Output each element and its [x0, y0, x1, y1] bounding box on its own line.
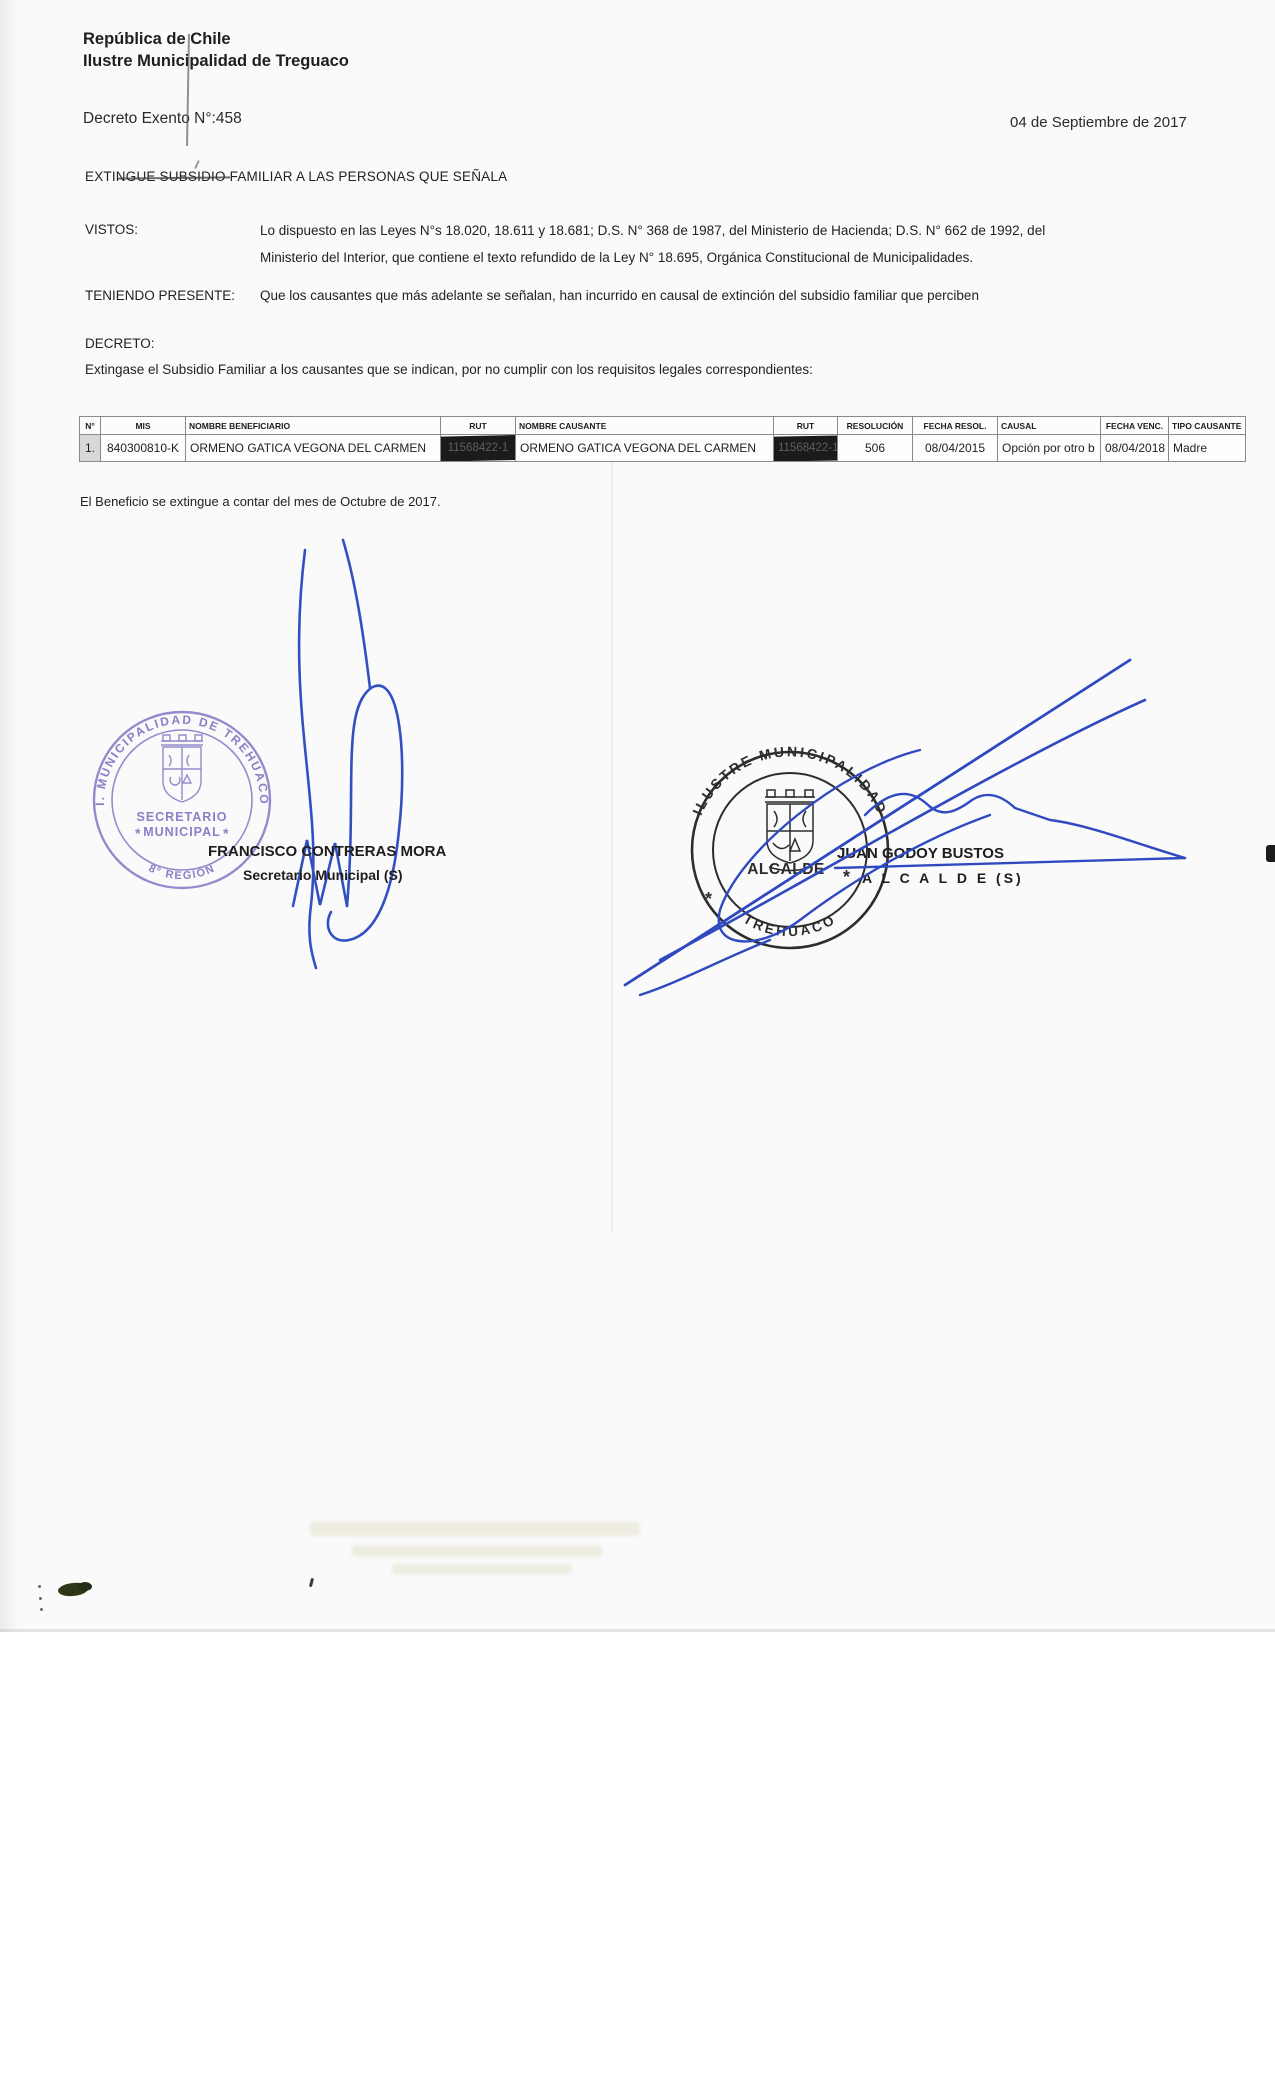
signatory-title-left: Secretario Municipal (S): [243, 867, 402, 883]
cell-rut-beneficiario: 11568422-1: [441, 435, 516, 462]
cell-num: 1.: [80, 435, 101, 462]
col-header-fecha-resol: FECHA RESOL.: [913, 417, 998, 435]
scanned-decree-page: República de Chile Ilustre Municipalidad…: [0, 0, 1275, 2100]
vistos-paragraph: Lo dispuesto en las Leyes N°s 18.020, 18…: [260, 217, 1045, 271]
alcalde-signature-icon: [590, 620, 1190, 1020]
col-header-beneficiario: NOMBRE BENEFICIARIO: [186, 417, 441, 435]
bleed-through-mark: [352, 1545, 602, 1557]
ink-blob-mark: [78, 1582, 92, 1591]
vistos-line2: Ministerio del Interior, que contiene el…: [260, 244, 1045, 271]
teniendo-label: TENIENDO PRESENTE:: [85, 288, 235, 303]
col-header-causante: NOMBRE CAUSANTE: [516, 417, 774, 435]
table-row: 1. 840300810-K ORMENO GATICA VEGONA DEL …: [80, 435, 1246, 462]
decreto-label: DECRETO:: [85, 336, 155, 351]
scanned-paper-area: República de Chile Ilustre Municipalidad…: [0, 0, 1275, 1632]
col-header-tipo: TIPO CAUSANTE: [1169, 417, 1246, 435]
org-header: República de Chile Ilustre Municipalidad…: [83, 28, 349, 72]
table-wrapper: N° MIS NOMBRE BENEFICIARIO RUT NOMBRE CA…: [79, 416, 1246, 462]
scan-bottom-edge: [0, 1629, 1275, 1632]
col-header-rut2: RUT: [774, 417, 838, 435]
teniendo-text: Que los causantes que más adelante se se…: [260, 288, 979, 303]
rut-partial-digits: 11568422-1: [448, 442, 509, 454]
vistos-label: VISTOS:: [85, 222, 138, 237]
extinction-note: El Beneficio se extingue a contar del me…: [80, 494, 441, 509]
bleed-through-mark: [392, 1564, 572, 1574]
cell-beneficiario: ORMENO GATICA VEGONA DEL CARMEN: [186, 435, 441, 462]
scan-speck: [40, 1608, 43, 1611]
scan-speck: [38, 1585, 41, 1588]
pen-tick-artifact: [194, 160, 200, 169]
decree-number: Decreto Exento N°:458: [83, 110, 242, 128]
signatory-name-left: FRANCISCO CONTRERAS MORA: [208, 843, 446, 860]
col-header-rut1: RUT: [441, 417, 516, 435]
cell-fecha-resol: 08/04/2015: [913, 435, 998, 462]
table-header-row: N° MIS NOMBRE BENEFICIARIO RUT NOMBRE CA…: [80, 417, 1246, 435]
decreto-text: Extingase el Subsidio Familiar a los cau…: [85, 362, 813, 377]
pen-mark: [309, 1578, 314, 1587]
beneficiaries-table: N° MIS NOMBRE BENEFICIARIO RUT NOMBRE CA…: [79, 416, 1246, 462]
org-line2: Ilustre Municipalidad de Treguaco: [83, 50, 349, 72]
decree-date: 04 de Septiembre de 2017: [1010, 114, 1187, 131]
col-header-num: N°: [80, 417, 101, 435]
cell-mis: 840300810-K: [101, 435, 186, 462]
cell-resolucion: 506: [838, 435, 913, 462]
cell-tipo-causante: Madre: [1169, 435, 1246, 462]
vistos-line1: Lo dispuesto en las Leyes N°s 18.020, 18…: [260, 217, 1045, 244]
cell-causal: Opción por otro b: [998, 435, 1101, 462]
cell-causante: ORMENO GATICA VEGONA DEL CARMEN: [516, 435, 774, 462]
scan-edge-shading: [0, 0, 18, 1632]
col-header-causal: CAUSAL: [998, 417, 1101, 435]
right-edge-mark: [1266, 845, 1275, 862]
cell-fecha-venc: 08/04/2018: [1101, 435, 1169, 462]
col-header-fecha-venc: FECHA VENC.: [1101, 417, 1169, 435]
rut-partial-digits: 11568422-1: [778, 442, 838, 454]
col-header-resolucion: RESOLUCIÓN: [838, 417, 913, 435]
asterisk-mark: *: [135, 825, 141, 841]
col-header-mis: MIS: [101, 417, 186, 435]
scan-speck: [39, 1597, 42, 1600]
bleed-through-mark: [310, 1522, 640, 1536]
cell-rut-causante: 11568422-1: [774, 435, 838, 462]
secretario-signature-icon: [195, 510, 435, 980]
org-line1: República de Chile: [83, 28, 349, 50]
